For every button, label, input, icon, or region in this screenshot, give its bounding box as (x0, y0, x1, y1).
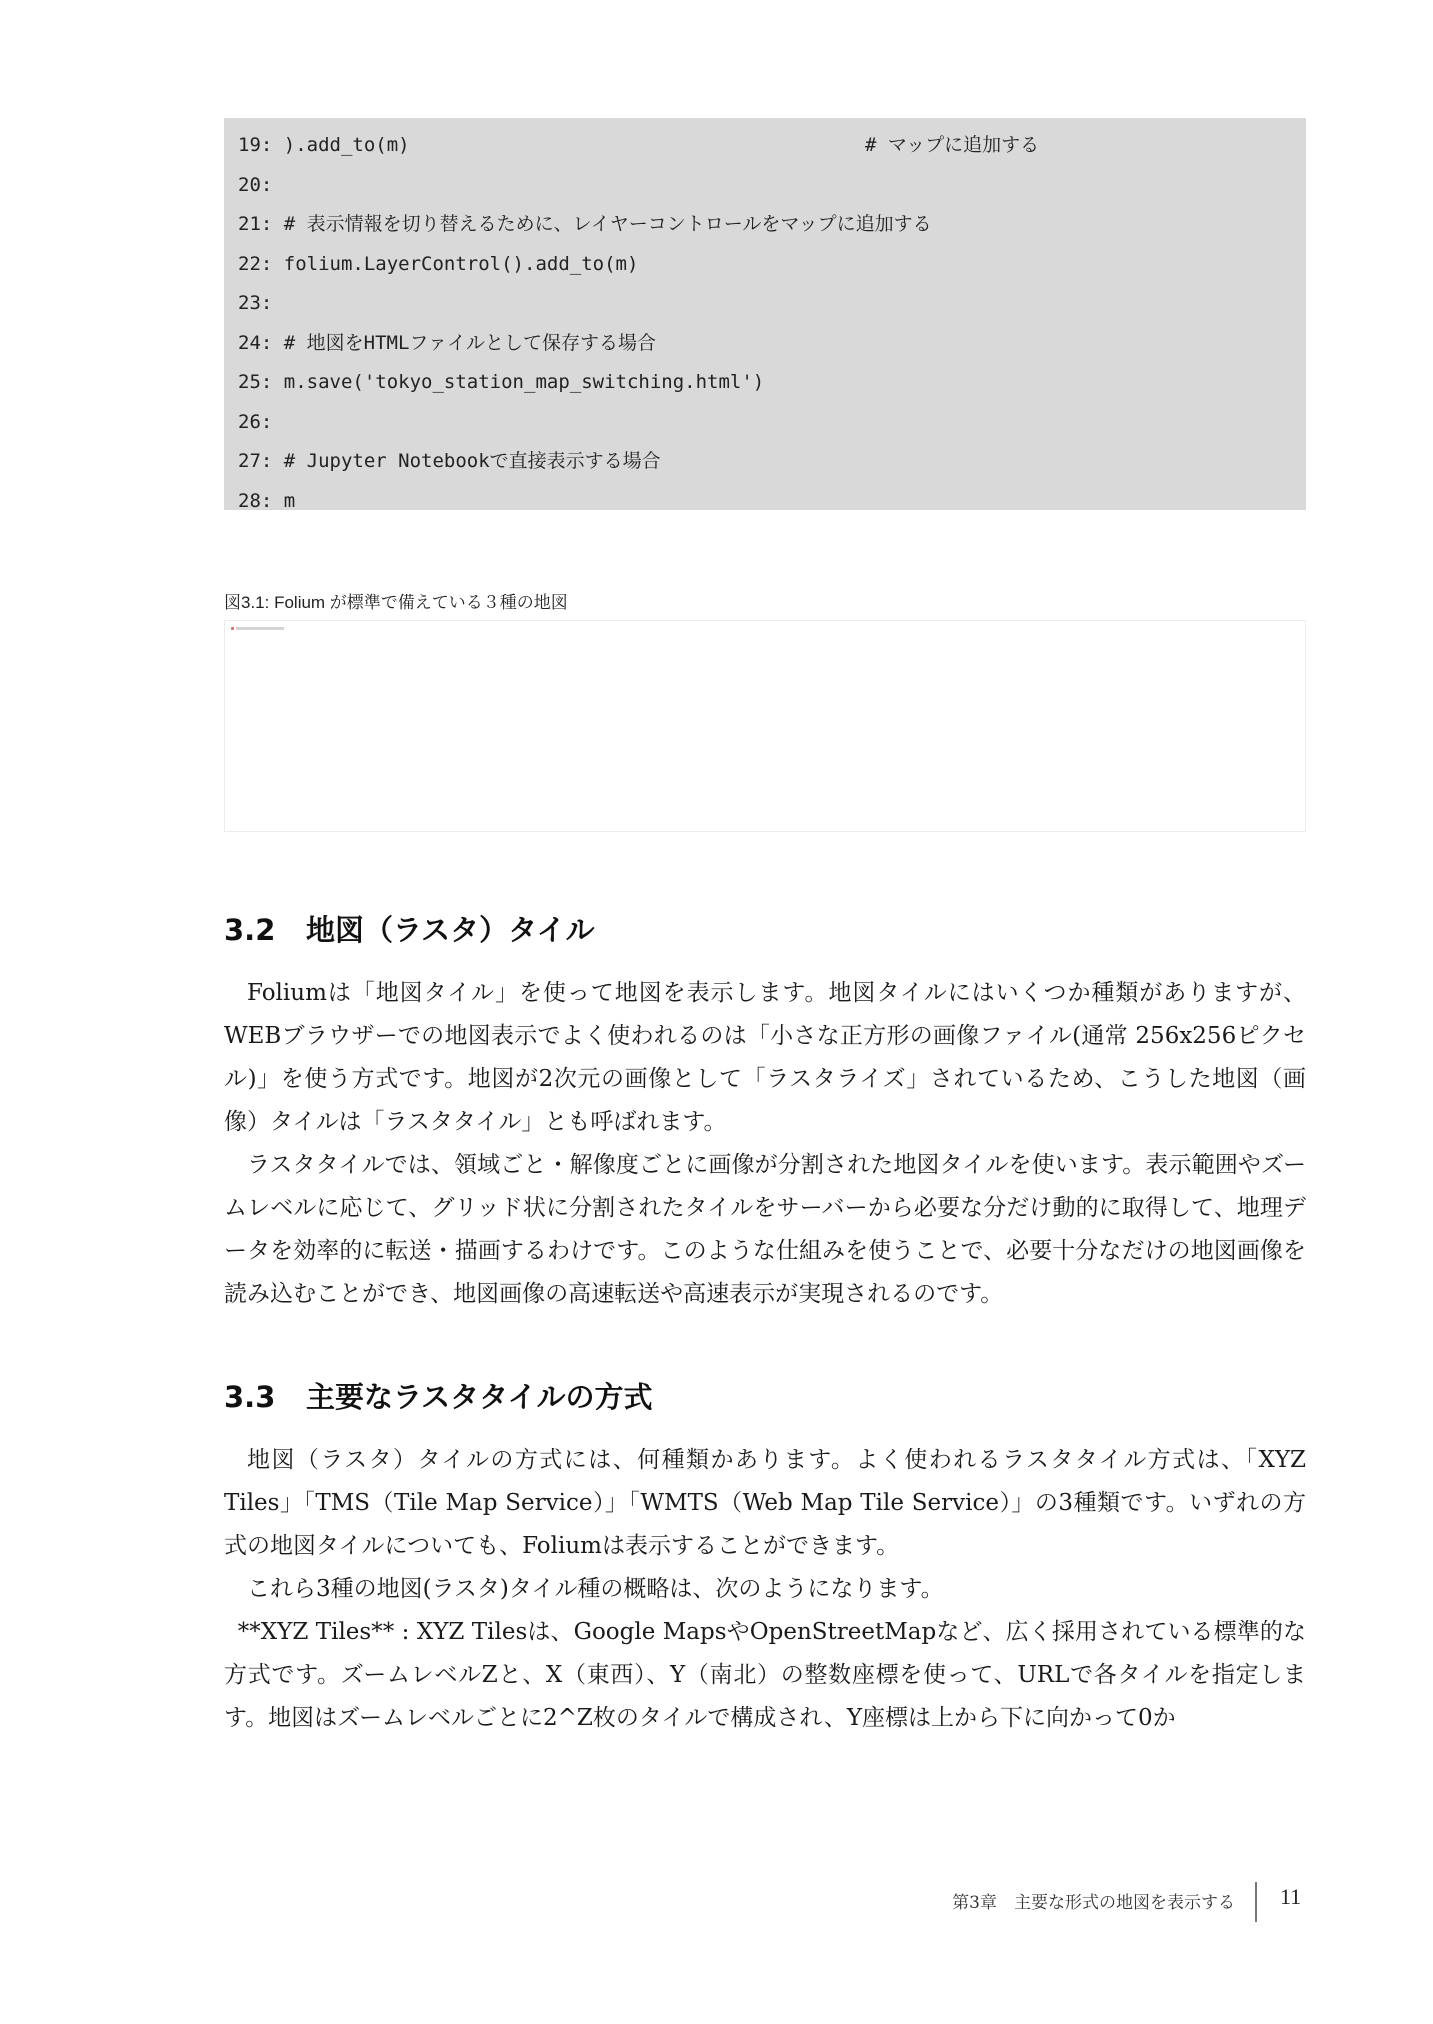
code-line: 19: ).add_to(m)# マップに追加する (238, 126, 1306, 166)
section-title: 主要なラスタタイルの方式 (306, 1380, 653, 1414)
code-text: m.save('tokyo_station_map_switching.html… (284, 371, 764, 393)
code-line: 23: (238, 284, 1306, 324)
section-heading-3-3: 3.3主要なラスタタイルの方式 (224, 1375, 653, 1416)
figure-thumbnail-header (231, 625, 286, 631)
line-number: 19: (238, 134, 272, 156)
code-block: 19: ).add_to(m)# マップに追加する 20: 21: # 表示情報… (224, 118, 1306, 510)
code-text: m (284, 490, 295, 512)
code-text: # 表示情報を切り替えるために、レイヤーコントロールをマップに追加する (284, 213, 932, 235)
section-title: 地図（ラスタ）タイル (306, 913, 595, 947)
line-number: 24: (238, 332, 272, 354)
code-comment: # マップに追加する (865, 126, 1039, 166)
code-line: 26: (238, 403, 1306, 443)
section-3-2-body: Foliumは「地図タイル」を使って地図を表示します。地図タイルにはいくつか種類… (224, 972, 1306, 1316)
running-footer-chapter: 第3章 主要な形式の地図を表示する (952, 1888, 1235, 1913)
section-number: 3.2 (224, 913, 306, 947)
section-3-3-body: 地図（ラスタ）タイルの方式には、何種類かあります。よく使われるラスタタイル方式は… (224, 1439, 1306, 1740)
line-number: 25: (238, 371, 272, 393)
document-page: 19: ).add_to(m)# マップに追加する 20: 21: # 表示情報… (0, 0, 1433, 2024)
code-line: 24: # 地図をHTMLファイルとして保存する場合 (238, 324, 1306, 364)
code-line: 22: folium.LayerControl().add_to(m) (238, 245, 1306, 285)
paragraph: **XYZ Tiles** : XYZ Tilesは、Google MapsやO… (224, 1611, 1306, 1740)
paragraph: Foliumは「地図タイル」を使って地図を表示します。地図タイルにはいくつか種類… (224, 972, 1306, 1144)
code-text: ).add_to(m) (284, 134, 410, 156)
paragraph: これら3種の地図(ラスタ)タイル種の概略は、次のようになります。 (224, 1568, 1306, 1611)
section-heading-3-2: 3.2地図（ラスタ）タイル (224, 908, 595, 949)
code-text: # 地図をHTMLファイルとして保存する場合 (284, 332, 656, 354)
code-text: # Jupyter Notebookで直接表示する場合 (284, 450, 661, 472)
code-line: 20: (238, 166, 1306, 206)
paragraph: ラスタタイルでは、領域ごと・解像度ごとに画像が分割された地図タイルを使います。表… (224, 1144, 1306, 1316)
line-number: 20: (238, 174, 272, 196)
section-number: 3.3 (224, 1380, 306, 1414)
page-number: 11 (1280, 1884, 1301, 1910)
code-line: 27: # Jupyter Notebookで直接表示する場合 (238, 442, 1306, 482)
line-number: 21: (238, 213, 272, 235)
figure-image (224, 620, 1306, 832)
code-line: 21: # 表示情報を切り替えるために、レイヤーコントロールをマップに追加する (238, 205, 1306, 245)
line-number: 26: (238, 411, 272, 433)
line-number: 23: (238, 292, 272, 314)
figure-caption: 図3.1: Folium が標準で備えている３種の地図 (224, 588, 568, 613)
line-number: 22: (238, 253, 272, 275)
code-line: 25: m.save('tokyo_station_map_switching.… (238, 363, 1306, 403)
thumbnail-marker-icon (231, 627, 234, 630)
line-number: 27: (238, 450, 272, 472)
paragraph: 地図（ラスタ）タイルの方式には、何種類かあります。よく使われるラスタタイル方式は… (224, 1439, 1306, 1568)
thumbnail-text (236, 627, 284, 630)
code-text: folium.LayerControl().add_to(m) (284, 253, 639, 275)
line-number: 28: (238, 490, 272, 512)
code-line: 28: m (238, 482, 1306, 522)
footer-divider (1255, 1882, 1257, 1922)
